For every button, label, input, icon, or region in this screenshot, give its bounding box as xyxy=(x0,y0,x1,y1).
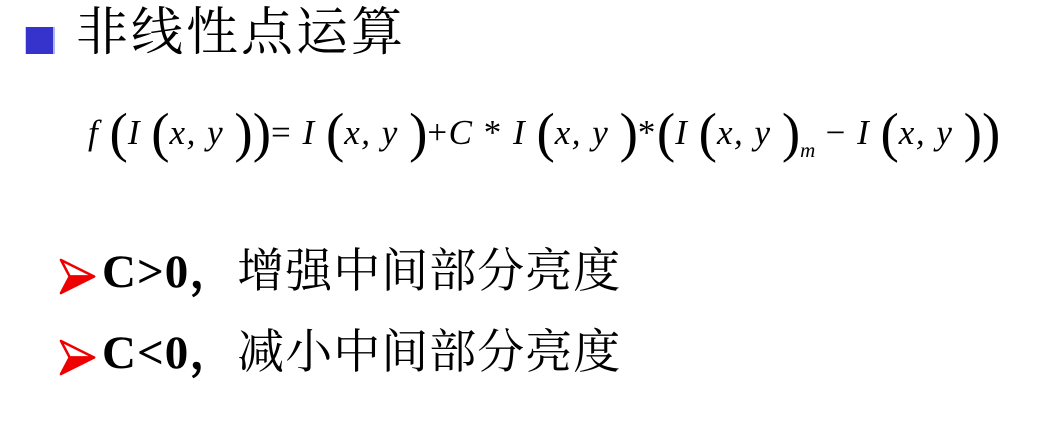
formula-segment: ( xyxy=(109,102,127,163)
page-title: 非线性点运算 xyxy=(76,2,406,65)
arrowhead-icon xyxy=(58,339,97,376)
formula-segment: I xyxy=(303,113,326,152)
bullet-text: 减小中间部分亮度 xyxy=(237,330,621,377)
formula-segment: = xyxy=(271,113,303,152)
formula-segment: x, y xyxy=(899,113,964,152)
arrowhead-icon xyxy=(58,258,97,295)
bullet-condition: C>0， xyxy=(102,249,237,296)
formula-segment: f xyxy=(88,113,109,152)
formula-segment: ) xyxy=(964,102,982,163)
formula-segment: ( xyxy=(151,102,169,163)
bullet-condition: C<0， xyxy=(102,330,237,377)
formula-segment: ) xyxy=(409,102,427,163)
title-row: 非线性点运算 xyxy=(25,2,406,65)
formula-segment: * xyxy=(484,113,513,152)
formula-segment: + xyxy=(427,113,448,152)
slide: 非线性点运算 f (I (x, y ))= I (x, y )+C * I (x… xyxy=(0,0,1042,428)
formula-segment: ) xyxy=(620,102,638,163)
formula-segment: I xyxy=(513,113,536,152)
formula-segment: x, y xyxy=(170,113,235,152)
formula-segment: ( xyxy=(657,102,675,163)
formula-segment: ( xyxy=(536,102,554,163)
formula-segment: C xyxy=(449,113,484,152)
formula-segment: m xyxy=(800,138,815,162)
formula-segment: ) xyxy=(782,102,800,163)
formula-segment: I xyxy=(675,113,698,152)
title-bullet-square-icon xyxy=(25,27,55,54)
bullet-list: C>0， 增强中间部分亮度 C<0， 减小中间部分亮度 xyxy=(58,232,621,394)
formula-segment: ) xyxy=(982,102,1000,163)
formula-segment: I xyxy=(857,113,880,152)
formula-segment: x, y xyxy=(555,113,620,152)
bullet-text: 增强中间部分亮度 xyxy=(237,249,621,296)
formula-segment: ) xyxy=(234,102,252,163)
formula-segment: ( xyxy=(699,102,717,163)
formula-segment: ( xyxy=(880,102,898,163)
bullet-item: C<0， 减小中间部分亮度 xyxy=(58,313,621,394)
formula-segment: x, y xyxy=(344,113,409,152)
formula-segment: ) xyxy=(253,102,271,163)
bullet-item: C>0， 增强中间部分亮度 xyxy=(58,232,621,313)
formula-segment: * xyxy=(638,113,657,152)
formula-segment: x, y xyxy=(717,113,782,152)
formula-segment: − xyxy=(815,113,857,152)
formula-segment: I xyxy=(128,113,151,152)
formula: f (I (x, y ))= I (x, y )+C * I (x, y )*(… xyxy=(88,100,1000,170)
formula-segment: ( xyxy=(326,102,344,163)
